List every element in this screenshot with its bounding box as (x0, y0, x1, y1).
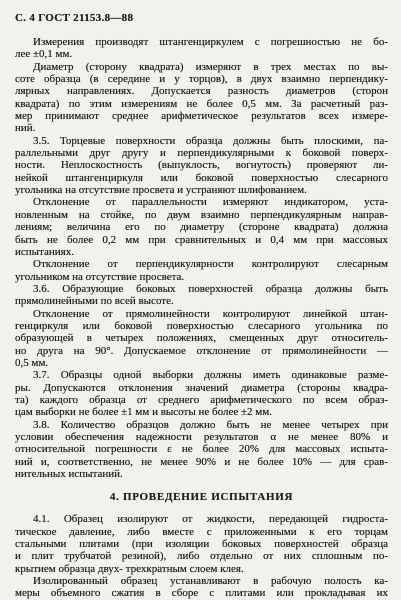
text-line: новленным на стойке, по двум взаимно пер… (15, 209, 388, 221)
paragraph: 3.8. Количество образцов должно быть не … (15, 419, 388, 481)
text-line: лее ±0,1 мм. (15, 48, 388, 60)
text-line: 3.6. Образующие боковых поверхностей обр… (15, 283, 388, 295)
text-line: Отклонение от перпендикулярности контрол… (15, 258, 388, 270)
document-page: С. 4 ГОСТ 21153.8—88 Измерения производя… (0, 0, 401, 600)
text-line: угольником на отсутствие просвета. (15, 271, 388, 283)
text-line: генциркуля или боковой поверхностью слес… (15, 320, 388, 332)
text-line: квадрата) по этим измерениям не более 0,… (15, 98, 388, 110)
text-line: 4.1. Образец изолируют от жидкости, пере… (15, 513, 388, 525)
paragraph: 3.5. Торцевые поверхности образца должны… (15, 135, 388, 197)
text-line: образующей в четырех положениях, смещенн… (15, 332, 388, 344)
text-line: 3.5. Торцевые поверхности образца должны… (15, 135, 388, 147)
text-line: испытаниях. (15, 246, 388, 258)
paragraph: 3.7. Образцы одной выборки должны иметь … (15, 369, 388, 418)
page-header: С. 4 ГОСТ 21153.8—88 (15, 12, 388, 25)
text-line: 3.7. Образцы одной выборки должны иметь … (15, 369, 388, 381)
text-line: стальными плитами (при изоляции боковых … (15, 538, 388, 550)
text-line: соте образца (в середине и у торцов), в … (15, 73, 388, 85)
text-line: 0,5 мм. (15, 357, 388, 369)
paragraph: Отклонение от прямолинейности контролиру… (15, 308, 388, 370)
text-line: Отклонение от параллельности измеряют ин… (15, 196, 388, 208)
paragraph: Отклонение от перпендикулярности контрол… (15, 258, 388, 283)
text-line: и плит трубчатой резиной), либо отдельно… (15, 550, 388, 562)
text-line: условии обеспечения надежности результат… (15, 431, 388, 443)
paragraph: Диаметр (сторону квадрата) измеряют в тр… (15, 61, 388, 135)
text-line: крытием образца двух- трехкратным слоем … (15, 563, 388, 575)
text-line: ний. (15, 122, 388, 134)
text-line: 3.8. Количество образцов должно быть не … (15, 419, 388, 431)
text-line: ний и, соответственно, не менее 90% и не… (15, 456, 388, 468)
text-line: меры объемного сжатия в сборе с плитами … (15, 587, 388, 599)
paragraph: 3.6. Образующие боковых поверхностей обр… (15, 283, 388, 308)
text-line: но друга на 90°. Допускаемое отклонение … (15, 345, 388, 357)
text-line: та) каждого образца от среднего арифмети… (15, 394, 388, 406)
paragraph: Измерения производят штангенциркулем с п… (15, 36, 388, 61)
section-heading: 4. ПРОВЕДЕНИЕ ИСПЫТАНИЯ (15, 491, 388, 504)
document-body: Измерения производят штангенциркулем с п… (15, 36, 388, 600)
paragraph: Изолированный образец устанавливают в ра… (15, 575, 388, 600)
text-line: прямолинейными по всей высоте. (15, 295, 388, 307)
text-line: нительных испытаний. (15, 468, 388, 480)
text-line: быть не более 0,2 мм при сравнительных и… (15, 234, 388, 246)
text-line: цам выборки не более ±1 мм и высоты не б… (15, 406, 388, 418)
text-line: ности. Неплоскостность (выпуклость, вогн… (15, 159, 388, 171)
text-line: Диаметр (сторону квадрата) измеряют в тр… (15, 61, 388, 73)
text-line: мер принимают среднее арифметическое рез… (15, 110, 388, 122)
text-line: нейкой штангенциркуля или боковой поверх… (15, 172, 388, 184)
text-line: Отклонение от прямолинейности контролиру… (15, 308, 388, 320)
paragraph: Отклонение от параллельности измеряют ин… (15, 196, 388, 258)
text-line: тическое давление, либо вместе с приложе… (15, 526, 388, 538)
text-line: относительной погрешности ε не более 20%… (15, 443, 388, 455)
text-line: Изолированный образец устанавливают в ра… (15, 575, 388, 587)
text-line: угольника на отсутствие просвета и устра… (15, 184, 388, 196)
text-line: лярных направлениях. Допускается разност… (15, 85, 388, 97)
text-line: лениям; величина его по диаметру (сторон… (15, 221, 388, 233)
text-line: раллельными друг другу и перпендикулярны… (15, 147, 388, 159)
text-line: ры. Допускаются отклонения значений диам… (15, 382, 388, 394)
paragraph: 4.1. Образец изолируют от жидкости, пере… (15, 513, 388, 575)
text-line: Измерения производят штангенциркулем с п… (15, 36, 388, 48)
